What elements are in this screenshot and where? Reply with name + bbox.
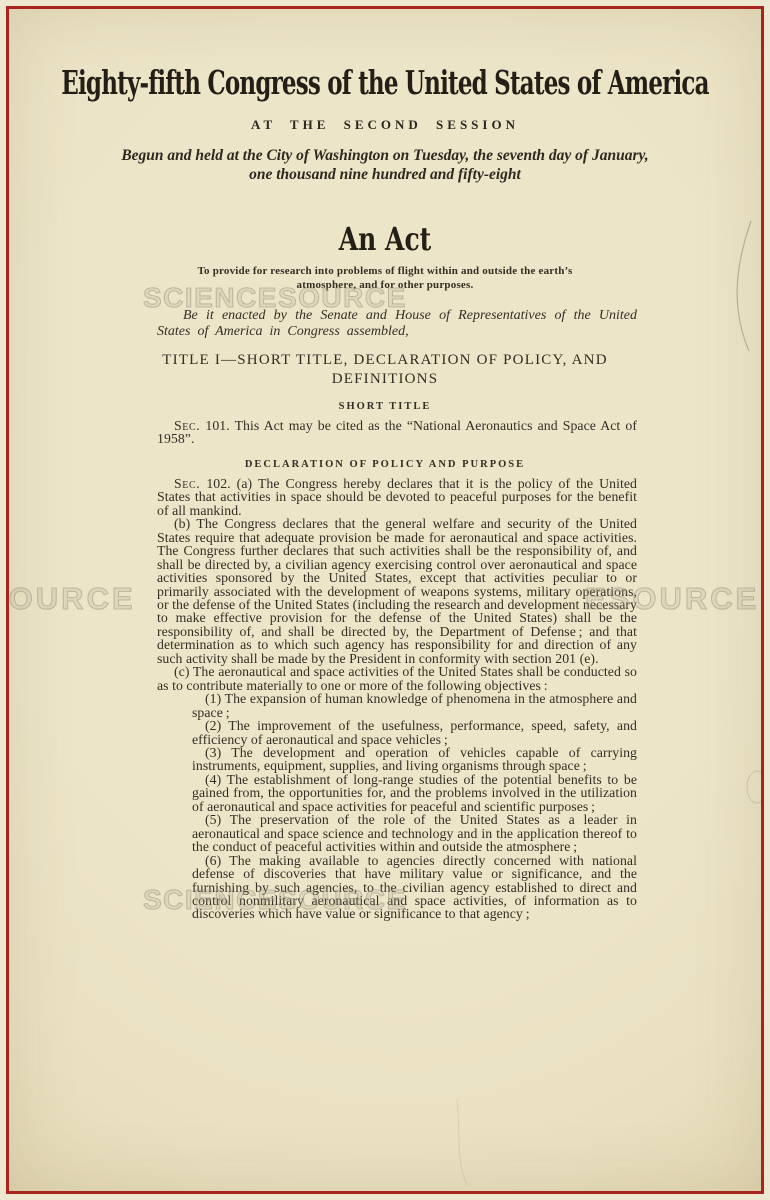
statute-paragraph: (c) The aeronautical and space activitie… [157, 665, 637, 692]
statute-paragraph: (1) The expansion of human knowledge of … [192, 692, 637, 719]
title-i-heading-line-2: DEFINITIONS [9, 370, 761, 389]
congress-title-text: Eighty-fifth Congress of the United Stat… [61, 56, 708, 113]
act-heading: An Act [9, 223, 761, 257]
scan-background: SCIENCESOURCE SOURCE ESOURCE SCIENCESOUR… [0, 0, 770, 1200]
section-101-paragraph: Sec. 101. This Act may be cited as the “… [157, 419, 637, 446]
congress-title: Eighty-fifth Congress of the United Stat… [9, 64, 761, 104]
convening-line-1: Begun and held at the City of Washington… [9, 147, 761, 166]
statute-paragraph: (2) The improvement of the usefulness, p… [192, 719, 637, 746]
section-102-body: Sec. 102. (a) The Congress hereby declar… [9, 477, 761, 921]
small-caps-lead: Sec. [174, 418, 200, 433]
preamble-line-2: atmosphere, and for other purposes. [9, 279, 761, 293]
title-i-heading-line-1: TITLE I—SHORT TITLE, DECLARATION OF POLI… [9, 351, 761, 370]
statute-paragraph: Sec. 102. (a) The Congress hereby declar… [157, 477, 637, 517]
document-page: SCIENCESOURCE SOURCE ESOURCE SCIENCESOUR… [6, 6, 764, 1194]
policy-crosshead: DECLARATION OF POLICY AND PURPOSE [9, 459, 761, 470]
enacting-clause: Be it enacted by the Senate and House of… [157, 308, 637, 339]
convening-line-2: one thousand nine hundred and fifty-eigh… [9, 166, 761, 185]
title-i-heading: TITLE I—SHORT TITLE, DECLARATION OF POLI… [9, 351, 761, 388]
session-heading: AT THE SECOND SESSION [9, 117, 761, 133]
short-title-crosshead: SHORT TITLE [9, 401, 761, 412]
act-heading-text: An Act [339, 218, 431, 262]
small-caps-lead: Sec. [174, 476, 200, 491]
statute-paragraph: (5) The preservation of the role of the … [192, 813, 637, 853]
preamble-line-1: To provide for research into problems of… [9, 265, 761, 279]
statute-paragraph: (4) The establishment of long-range stud… [192, 773, 637, 813]
statute-paragraph: (6) The making available to agencies dir… [192, 854, 637, 921]
paper-crease [457, 1099, 467, 1185]
statute-paragraph: (3) The development and operation of veh… [192, 746, 637, 773]
statute-paragraph: (b) The Congress declares that the gener… [157, 517, 637, 665]
